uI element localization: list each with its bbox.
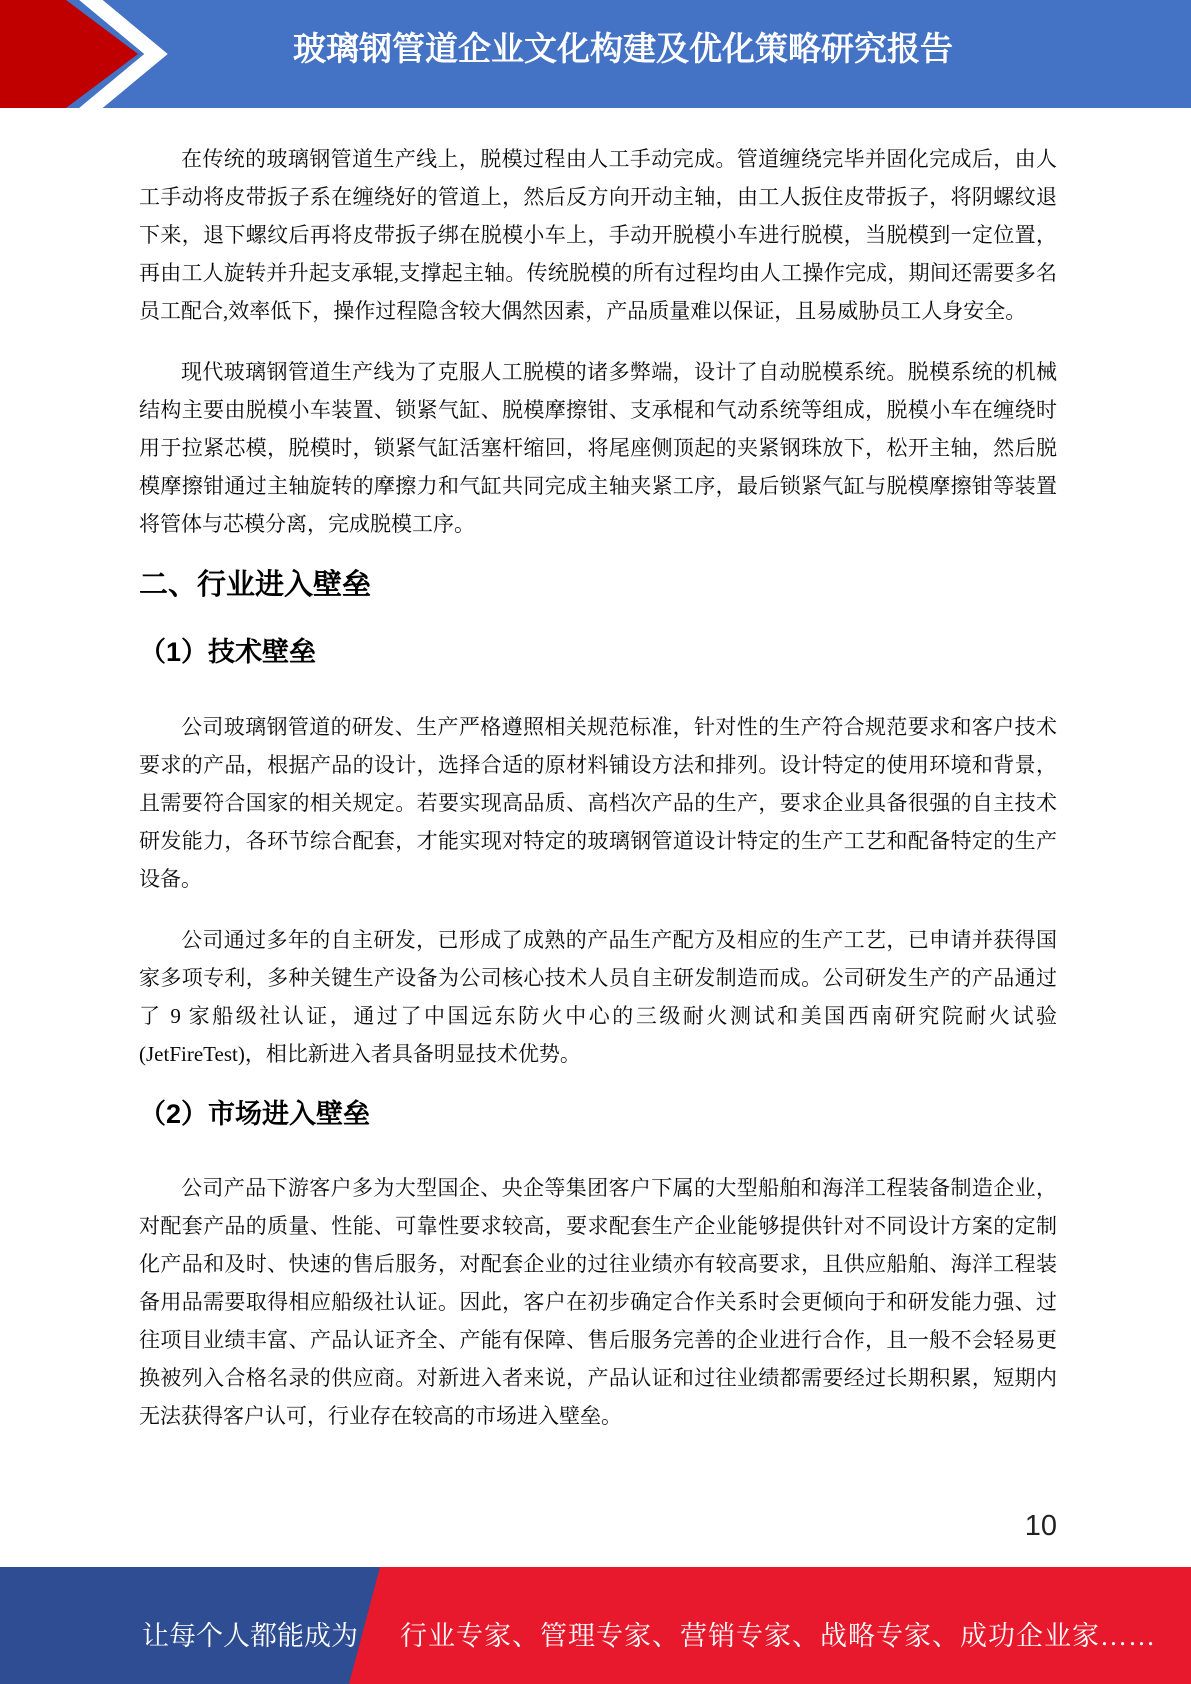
red-arrow-icon <box>0 0 170 108</box>
page-number: 10 <box>139 1510 1057 1543</box>
footer-slogan-left: 让每个人都能成为 <box>142 1614 358 1653</box>
paragraph-technical-barrier-1: 公司玻璃钢管道的研发、生产严格遵照相关规范标准，针对性的生产符合规范要求和客户技… <box>139 708 1057 898</box>
page-title: 玻璃钢管道企业文化构建及优化策略研究报告 <box>0 0 1191 98</box>
document-body: 在传统的玻璃钢管道生产线上，脱模过程由人工手动完成。管道缠绕完毕并固化完成后，由… <box>139 108 1057 1435</box>
report-page: { "header": { "title": "玻璃钢管道企业文化构建及优化策略… <box>0 0 1191 1684</box>
paragraph-market-entry-barrier: 公司产品下游客户多为大型国企、央企等集团客户下属的大型船舶和海洋工程装备制造企业… <box>139 1169 1057 1435</box>
subheading-market-entry-barrier: （2）市场进入壁垒 <box>139 1096 1057 1132</box>
paragraph-demolding-traditional: 在传统的玻璃钢管道生产线上，脱模过程由人工手动完成。管道缠绕完毕并固化完成后，由… <box>139 140 1057 330</box>
section-heading-industry-entry-barriers: 二、行业进入壁垒 <box>139 566 1057 604</box>
footer-band: 让每个人都能成为 行业专家、管理专家、营销专家、战略专家、成功企业家…… <box>0 1567 1191 1684</box>
header-band: 玻璃钢管道企业文化构建及优化策略研究报告 <box>0 0 1191 108</box>
paragraph-demolding-modern: 现代玻璃钢管道生产线为了克服人工脱模的诸多弊端，设计了自动脱模系统。脱模系统的机… <box>139 353 1057 543</box>
paragraph-technical-barrier-2: 公司通过多年的自主研发，已形成了成熟的产品生产配方及相应的生产工艺，已申请并获得… <box>139 921 1057 1073</box>
footer-slogan-right: 行业专家、管理专家、营销专家、战略专家、成功企业家…… <box>400 1614 1156 1653</box>
subheading-technical-barrier: （1）技术壁垒 <box>139 634 1057 670</box>
